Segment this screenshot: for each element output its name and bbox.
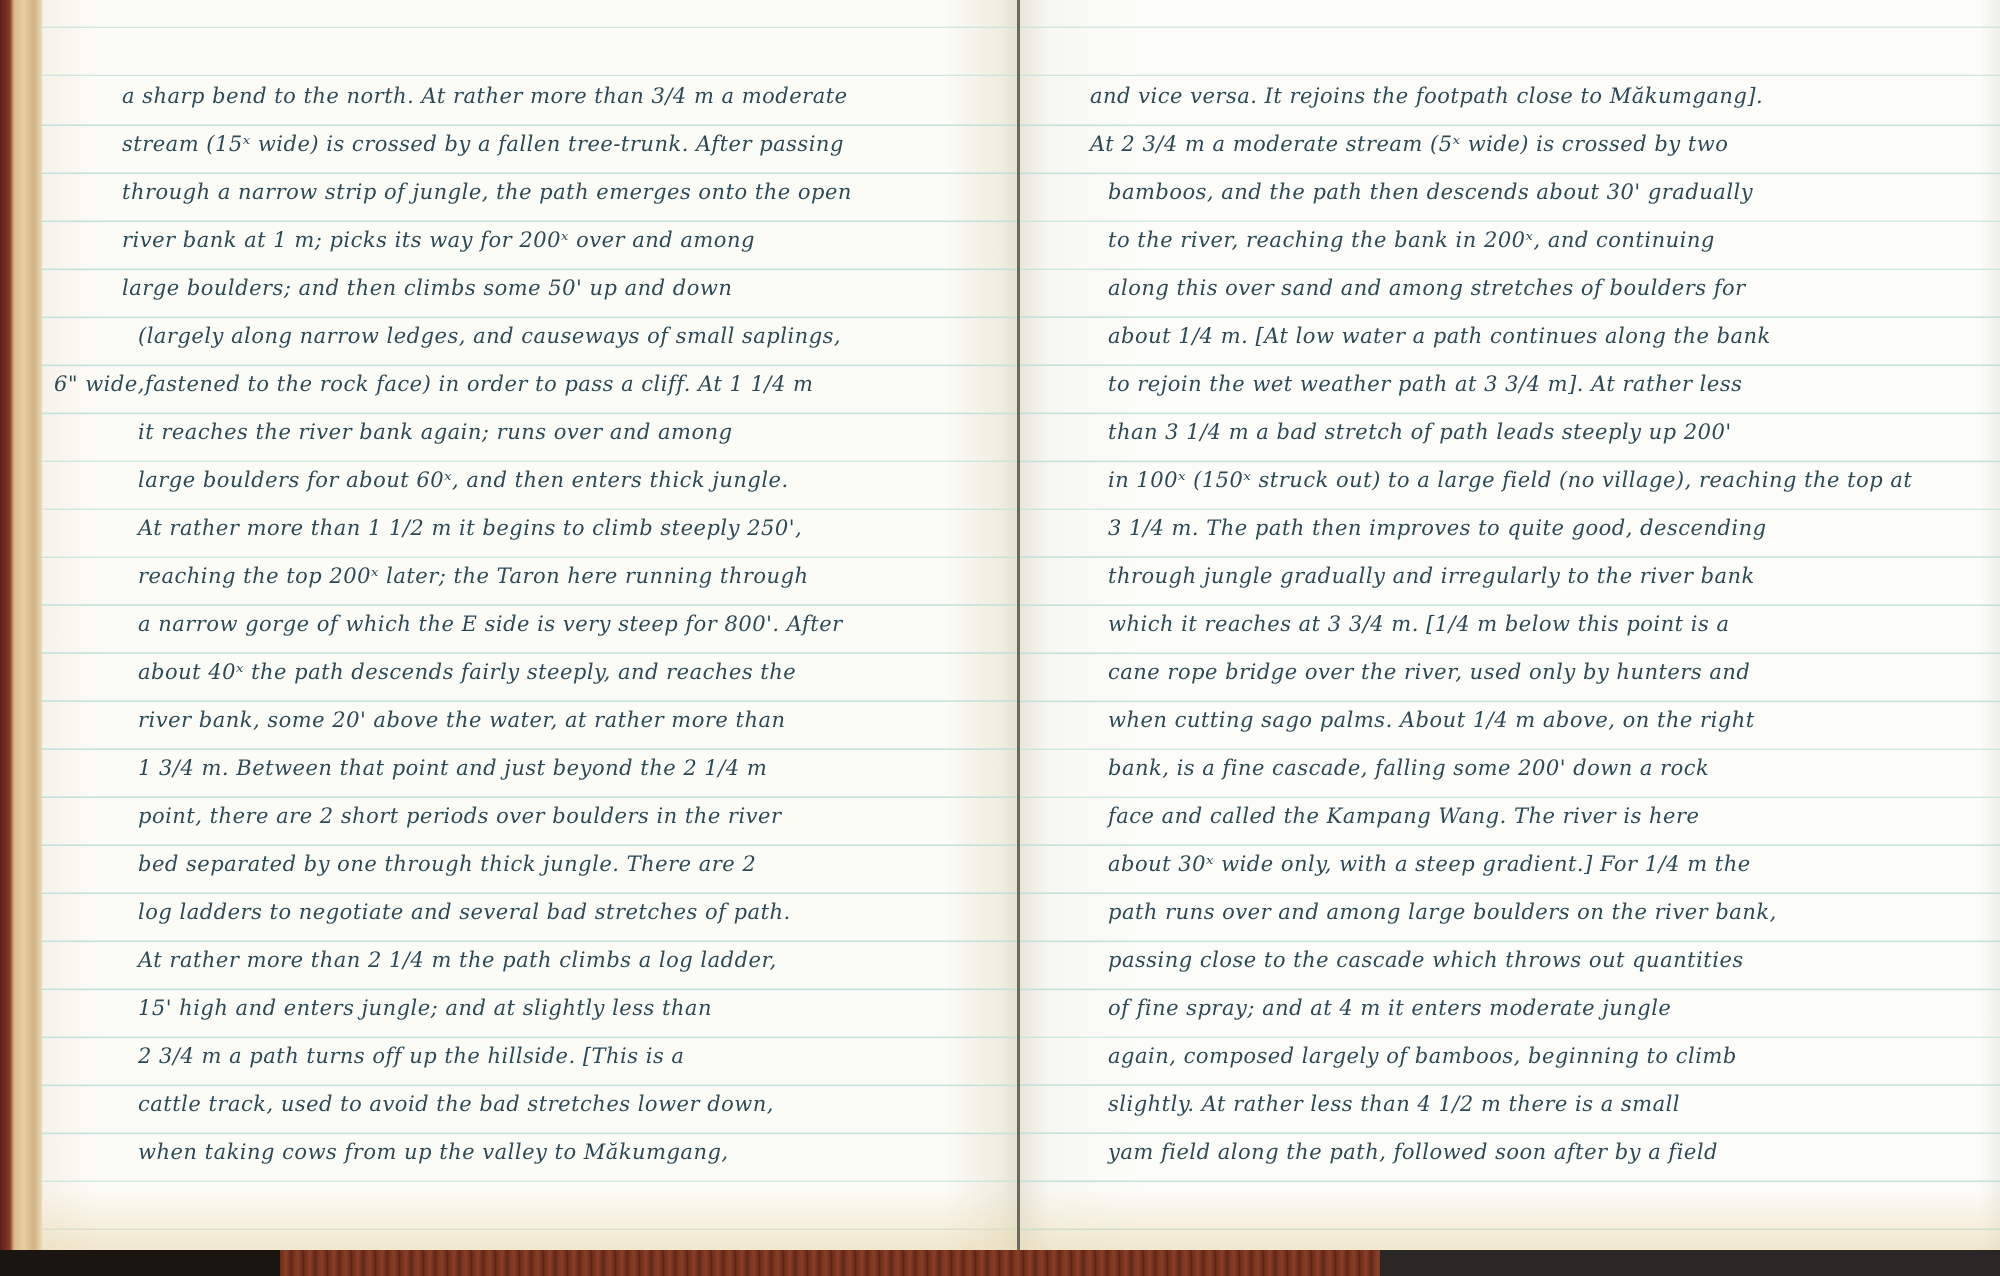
handwritten-line: along this over sand and among stretches… [1020,268,2000,316]
handwritten-line: 3 1/4 m. The path then improves to quite… [1020,508,2000,556]
handwritten-line: 1 3/4 m. Between that point and just bey… [42,748,1020,796]
handwritten-line: when taking cows from up the valley to M… [42,1132,1020,1180]
handwritten-line: passing close to the cascade which throw… [1020,940,2000,988]
handwritten-line: a narrow gorge of which the E side is ve… [42,604,1020,652]
handwritten-line: than 3 1/4 m a bad stretch of path leads… [1020,412,2000,460]
handwritten-line: bed separated by one through thick jungl… [42,844,1020,892]
handwritten-line: which it reaches at 3 3/4 m. [1/4 m belo… [1020,604,2000,652]
notebook-spread: a sharp bend to the north. At rather mor… [0,0,2000,1250]
handwritten-line-text: fastened to the rock face) in order to p… [145,372,814,396]
left-page-lines: a sharp bend to the north. At rather mor… [42,76,1020,1180]
handwritten-line: reaching the top 200ˣ later; the Taron h… [42,556,1020,604]
handwritten-line: bank, is a fine cascade, falling some 20… [1020,748,2000,796]
handwritten-line: At rather more than 1 1/2 m it begins to… [42,508,1020,556]
handwritten-line: through jungle gradually and irregularly… [1020,556,2000,604]
handwritten-line: river bank at 1 m; picks its way for 200… [42,220,1020,268]
handwritten-line: to the river, reaching the bank in 200ˣ,… [1020,220,2000,268]
book-edge [0,0,42,1250]
left-page: a sharp bend to the north. At rather mor… [42,0,1020,1250]
handwritten-line: to rejoin the wet weather path at 3 3/4 … [1020,364,2000,412]
handwritten-line: river bank, some 20' above the water, at… [42,700,1020,748]
handwritten-line: of fine spray; and at 4 m it enters mode… [1020,988,2000,1036]
handwritten-line: At rather more than 2 1/4 m the path cli… [42,940,1020,988]
handwritten-line: a sharp bend to the north. At rather mor… [42,76,1020,124]
handwritten-line: point, there are 2 short periods over bo… [42,796,1020,844]
handwritten-line: cattle track, used to avoid the bad stre… [42,1084,1020,1132]
handwritten-line: log ladders to negotiate and several bad… [42,892,1020,940]
handwritten-line: 15' high and enters jungle; and at sligh… [42,988,1020,1036]
handwritten-line: through a narrow strip of jungle, the pa… [42,172,1020,220]
margin-note: 6" wide, [54,372,145,396]
handwritten-line: about 30ˣ wide only, with a steep gradie… [1020,844,2000,892]
handwritten-line: in 100ˣ (150ˣ struck out) to a large fie… [1020,460,2000,508]
handwritten-line: and vice versa. It rejoins the footpath … [1020,76,2000,124]
handwritten-line: (largely along narrow ledges, and causew… [42,316,1020,364]
handwritten-line: yam field along the path, followed soon … [1020,1132,2000,1180]
handwritten-line: cane rope bridge over the river, used on… [1020,652,2000,700]
water-stain [42,1190,1020,1250]
handwritten-line: bamboos, and the path then descends abou… [1020,172,2000,220]
handwritten-line: stream (15ˣ wide) is crossed by a fallen… [42,124,1020,172]
handwritten-line-with-margin-note: 6" wide,fastened to the rock face) in or… [42,364,1020,412]
right-page-lines: and vice versa. It rejoins the footpath … [1020,76,2000,1180]
handwritten-line: when cutting sago palms. About 1/4 m abo… [1020,700,2000,748]
handwritten-line: about 40ˣ the path descends fairly steep… [42,652,1020,700]
handwritten-line: 2 3/4 m a path turns off up the hillside… [42,1036,1020,1084]
dark-background [1380,1250,2000,1276]
water-stain [1020,1190,2000,1250]
handwritten-line: again, composed largely of bamboos, begi… [1020,1036,2000,1084]
handwritten-line: large boulders for about 60ˣ, and then e… [42,460,1020,508]
handwritten-line: path runs over and among large boulders … [1020,892,2000,940]
handwritten-line: it reaches the river bank again; runs ov… [42,412,1020,460]
handwritten-line: At 2 3/4 m a moderate stream (5ˣ wide) i… [1020,124,2000,172]
handwritten-line: face and called the Kampang Wang. The ri… [1020,796,2000,844]
handwritten-line: about 1/4 m. [At low water a path contin… [1020,316,2000,364]
handwritten-line: large boulders; and then climbs some 50'… [42,268,1020,316]
handwritten-line: slightly. At rather less than 4 1/2 m th… [1020,1084,2000,1132]
wooden-table-edge [280,1250,1380,1276]
right-page: and vice versa. It rejoins the footpath … [1020,0,2000,1250]
